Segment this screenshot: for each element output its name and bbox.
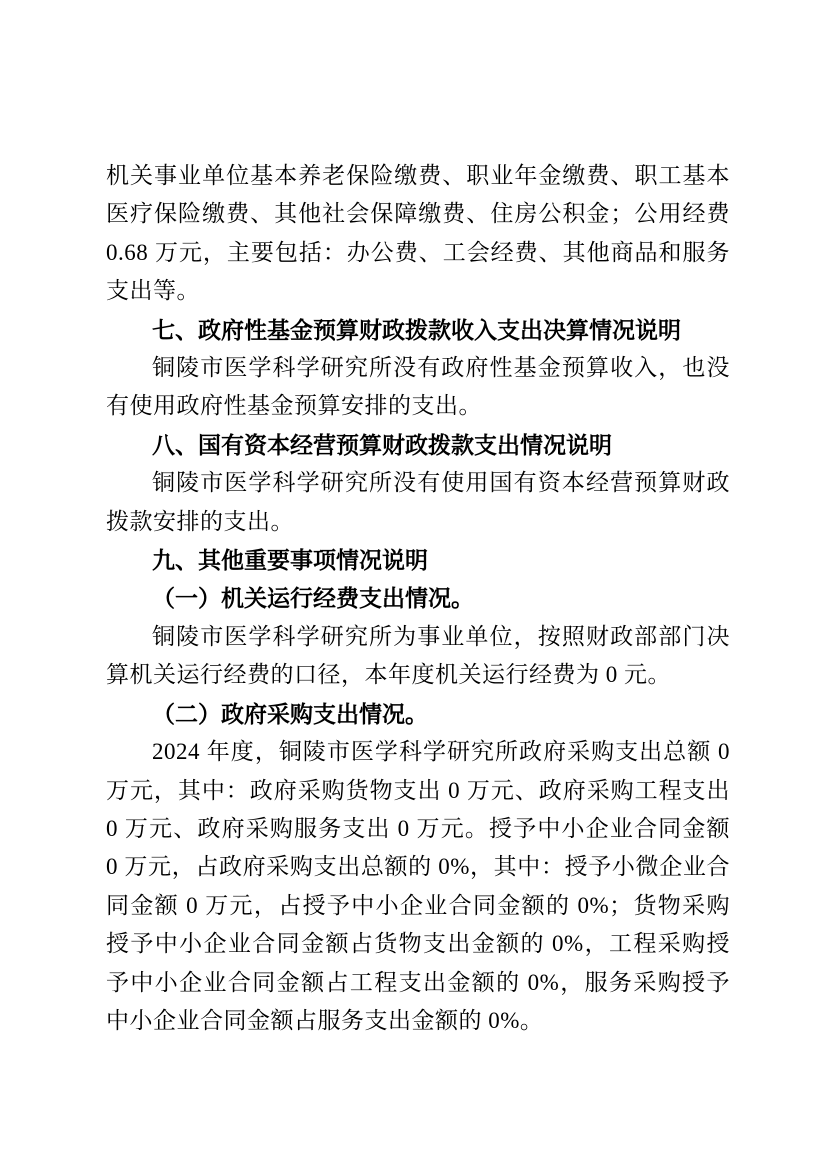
section-heading-8-state-capital-budget: 八、国有资本经营预算财政拨款支出情况说明 <box>106 426 730 464</box>
section-heading-9-other-important-matters: 九、其他重要事项情况说明 <box>106 541 730 579</box>
paragraph-section-8-state-capital-budget: 铜陵市医学科学研究所没有使用国有资本经营预算财政拨款安排的支出。 <box>106 464 730 541</box>
document-text-block: 机关事业单位基本养老保险缴费、职业年金缴费、职工基本医疗保险缴费、其他社会保障缴… <box>106 157 730 1040</box>
subsection-heading-9-1-agency-operating-expense: （一）机关运行经费支出情况。 <box>106 579 730 617</box>
paragraph-expense-detail-carryover: 机关事业单位基本养老保险缴费、职业年金缴费、职工基本医疗保险缴费、其他社会保障缴… <box>106 157 730 311</box>
paragraph-section-9-1-agency-operating-expense: 铜陵市医学科学研究所为事业单位，按照财政部部门决算机关运行经费的口径，本年度机关… <box>106 618 730 695</box>
subsection-heading-9-2-government-procurement: （二）政府采购支出情况。 <box>106 695 730 733</box>
document-page: 机关事业单位基本养老保险缴费、职业年金缴费、职工基本医疗保险缴费、其他社会保障缴… <box>0 0 826 1169</box>
section-heading-7-government-fund-budget: 七、政府性基金预算财政拨款收入支出决算情况说明 <box>106 311 730 349</box>
paragraph-section-7-government-fund-budget: 铜陵市医学科学研究所没有政府性基金预算收入，也没有使用政府性基金预算安排的支出。 <box>106 349 730 426</box>
paragraph-section-9-2-government-procurement: 2024 年度，铜陵市医学科学研究所政府采购支出总额 0 万元，其中：政府采购货… <box>106 733 730 1040</box>
